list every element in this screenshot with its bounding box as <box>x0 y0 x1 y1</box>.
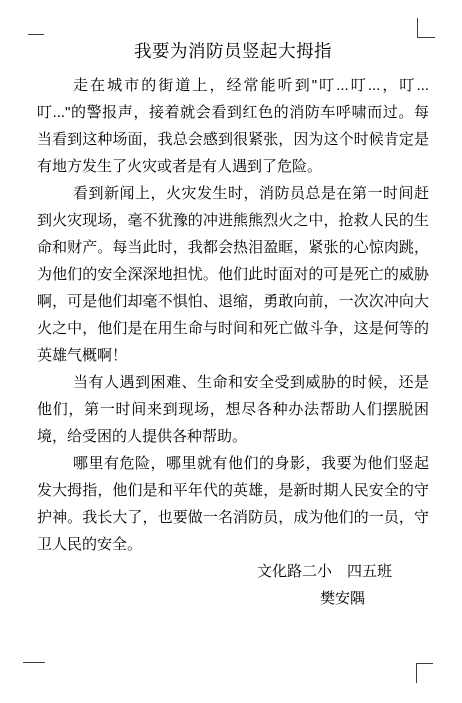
essay-paragraph-1: 走在城市的街道上，经常能听到"叮...叮...，叮...叮..."的警报声，接着… <box>37 72 429 180</box>
essay-paragraph-2: 看到新闻上，火灾发生时，消防员总是在第一时间赶到火灾现场，毫不犹豫的冲进熊熊烈火… <box>37 180 429 369</box>
document-page: 我要为消防员竖起大拇指 走在城市的街道上，经常能听到"叮...叮...，叮...… <box>0 0 462 703</box>
essay-paragraph-3: 当有人遇到困难、生命和安全受到威胁的时候，还是他们，第一时间来到现场，想尽各种办… <box>37 369 429 450</box>
essay-content: 我要为消防员竖起大拇指 走在城市的街道上，经常能听到"叮...叮...，叮...… <box>37 38 429 612</box>
signature-school-class: 文化路二小 四五班 <box>37 558 429 585</box>
signature-author-name: 樊安隅 <box>37 585 429 612</box>
text-boundary-mark-bottom-right <box>416 663 417 683</box>
essay-paragraph-4: 哪里有危险，哪里就有他们的身影，我要为他们竖起发大拇指，他们是和平年代的英雄，是… <box>37 450 429 558</box>
essay-title: 我要为消防员竖起大拇指 <box>37 38 429 65</box>
text-boundary-mark-top-left <box>28 34 44 35</box>
text-boundary-mark-top-right <box>417 18 418 38</box>
text-boundary-mark-bottom-right <box>416 663 433 664</box>
text-boundary-mark-bottom-left <box>23 662 45 663</box>
